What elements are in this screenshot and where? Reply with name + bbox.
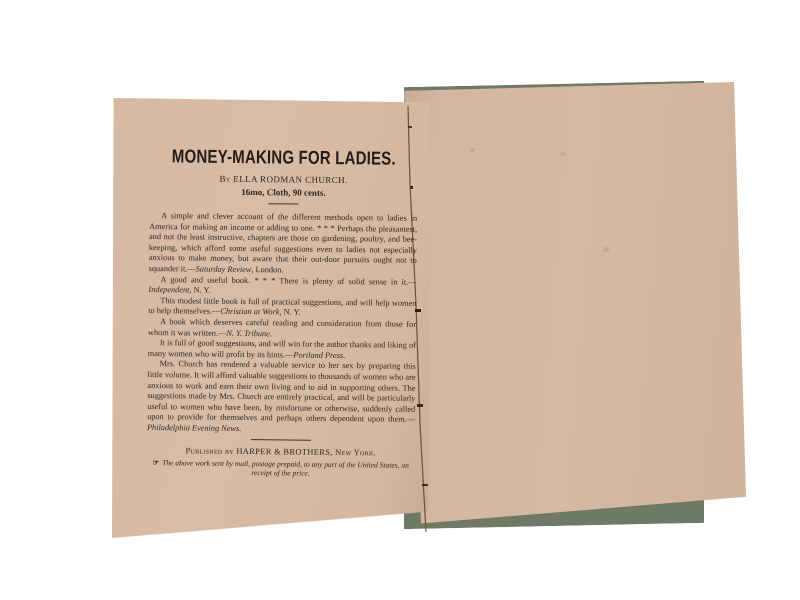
divider [251,440,311,442]
author-prefix: By [219,174,230,184]
review-christian-at-work: This modest little book is full of pract… [148,296,416,320]
mail-note: ☞The above work sent by mail, postage pr… [146,458,414,479]
author-line: By ELLA RODMAN CHURCH. [150,173,418,186]
review-tribune: A book which deserves careful reading an… [148,317,416,341]
divider [268,203,298,204]
review-saturday: A simple and clever account of the diffe… [149,211,418,277]
right-page-blank [404,82,746,528]
pointing-hand-icon: ☞ [152,459,159,468]
paper-spot [603,247,609,252]
paper-spot [470,148,475,152]
review-independent: A good and useful book. * * * There is p… [148,275,416,299]
author-name: ELLA RODMAN CHURCH. [233,174,347,185]
book-photo: MONEY-MAKING FOR LADIES. By ELLA RODMAN … [0,0,800,600]
review-philadelphia: Mrs. Church has rendered a valuable serv… [147,359,416,436]
review-portland-press: It is full of good suggestions, and will… [148,338,416,362]
paper-spot [560,152,566,156]
publisher-line: Published by HARPER & BROTHERS, New York… [147,445,415,458]
price-line: 16mo, Cloth, 90 cents. [149,186,417,199]
advertisement-text: MONEY-MAKING FOR LADIES. By ELLA RODMAN … [146,142,417,479]
book-title: MONEY-MAKING FOR LADIES. [150,146,418,170]
